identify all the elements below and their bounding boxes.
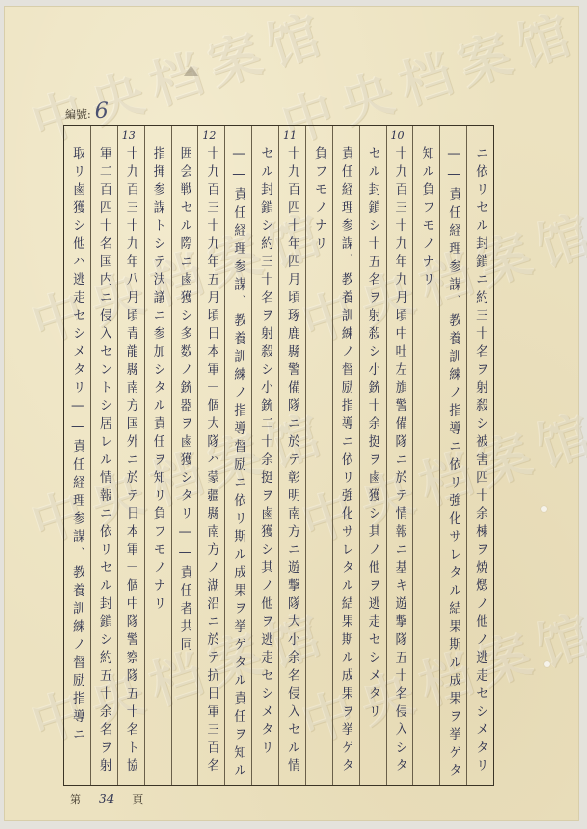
column-text: セル封鎖シ十五名ヲ射殺シ小銃十余挺ヲ鹵獲シ其ノ他ヲ逃走セシメタリ xyxy=(366,146,380,776)
manuscript-column: ——責任経理参謀、教養訓練ノ指導督励ニ依リ斯ル成果ヲ挙ゲタル責任ヲ知ル負フモノナ… xyxy=(224,126,251,785)
binding-hole-top xyxy=(541,506,547,512)
column-text: 指揮参謀トシテ決議ニ参加シタル責任ヲ知リ負フモノナリ xyxy=(151,146,165,776)
manuscript-column: ——責任経理参謀、教養訓練ノ指導ニ依リ強化サレタル結果斯ル成果ヲ挙ゲタル責任ヲ xyxy=(439,126,466,785)
manuscript-column: 指揮参謀トシテ決議ニ参加シタル責任ヲ知リ負フモノナリ xyxy=(144,126,171,785)
page-prefix: 第 xyxy=(70,791,81,807)
column-text: ニ依リセル封鎖ニ約三十名ヲ射殺シ被害四十余棟ヲ焼燬ノ他ノ逃走セシメタリ xyxy=(473,146,487,776)
entry-number: 11 xyxy=(283,129,297,142)
column-text: 囲会戦セル際ニ鹵獲シ多数ノ銃器ヲ鹵獲シタリ——責任者共同 xyxy=(178,146,192,776)
page-footer: 第 34 頁 xyxy=(70,791,143,807)
entry-number: 12 xyxy=(202,129,216,142)
column-text: ——責任経理参謀、教養訓練ノ指導督励ニ依リ斯ル成果ヲ挙ゲタル責任ヲ知ル負フモノナ… xyxy=(231,146,245,776)
entry-number: 10 xyxy=(391,129,405,142)
manuscript-column: 負フモノナリ xyxy=(305,126,332,785)
serial-value: 6 xyxy=(95,99,109,124)
serial-label: 編號: xyxy=(65,106,91,122)
entry-number: 13 xyxy=(122,129,136,142)
column-text: 知ル負フモノナリ xyxy=(420,146,434,776)
manuscript-grid: ニ依リセル封鎖ニ約三十名ヲ射殺シ被害四十余棟ヲ焼燬ノ他ノ逃走セシメタリ ——責任… xyxy=(63,125,494,786)
manuscript-column: セル封鎖シ約三十名ヲ射殺シ小銃二十余挺ヲ鹵獲シ其ノ他ヲ逃走セシメタリ xyxy=(251,126,278,785)
column-text: 負フモノナリ xyxy=(312,146,326,776)
binding-hole-bottom xyxy=(544,661,550,667)
column-text: 十九百四十年四月頃琢鹿縣警備隊ニ於テ彰明南方ニ遊撃隊大小余名侵入セル情報ニ依リ xyxy=(285,146,299,776)
manuscript-column: ニ依リセル封鎖ニ約三十名ヲ射殺シ被害四十余棟ヲ焼燬ノ他ノ逃走セシメタリ xyxy=(466,126,493,785)
serial-number: 編號: 6 xyxy=(65,99,109,124)
column-text: 十九百三十九年五月頃日本軍一個大隊ハ蒙疆縣南方ノ湖沿ニ於テ抗日軍三百名ヲ封鎖シ包 xyxy=(205,146,219,776)
page-number: 34 xyxy=(99,792,114,806)
manuscript-column: 13十九百三十九年八月頃青龍縣南方国外ニ於テ日本軍一個中隊警察隊五十名ト協力シ抗… xyxy=(117,126,144,785)
column-text: セル封鎖シ約三十名ヲ射殺シ小銃二十余挺ヲ鹵獲シ其ノ他ヲ逃走セシメタリ xyxy=(258,146,272,776)
manuscript-column: 知ル負フモノナリ xyxy=(412,126,439,785)
manuscript-column: 囲会戦セル際ニ鹵獲シ多数ノ銃器ヲ鹵獲シタリ——責任者共同 xyxy=(171,126,198,785)
column-text: 十九百三十九年八月頃青龍縣南方国外ニ於テ日本軍一個中隊警察隊五十名ト協力シ抗日 xyxy=(124,146,138,776)
manuscript-column: 11十九百四十年四月頃琢鹿縣警備隊ニ於テ彰明南方ニ遊撃隊大小余名侵入セル情報ニ依… xyxy=(278,126,305,785)
manuscript-column: セル封鎖シ十五名ヲ射殺シ小銃十余挺ヲ鹵獲シ其ノ他ヲ逃走セシメタリ xyxy=(359,126,386,785)
manuscript-column: 軍二百四十名国内ニ侵入セントシ居レル情報ニ依リセル封鎖シ約五十余名ヲ射殺シ鉄器ヲ xyxy=(90,126,117,785)
page-suffix: 頁 xyxy=(132,791,143,807)
manuscript-column: 責任経理参謀、教養訓練ノ督励指導ニ依リ強化サレタル結果斯ル成果ヲ挙ゲタル責任ヲ知… xyxy=(332,126,359,785)
column-text: 十九百三十九年九月頃中吐左旗警備隊ニ於テ情報ニ基キ遊撃隊五十名侵入シタル情報ニ依… xyxy=(393,146,407,776)
column-text: ——責任経理参謀、教養訓練ノ指導ニ依リ強化サレタル結果斯ル成果ヲ挙ゲタル責任ヲ xyxy=(446,146,460,776)
manuscript-column: 10十九百三十九年九月頃中吐左旗警備隊ニ於テ情報ニ基キ遊撃隊五十名侵入シタル情報… xyxy=(386,126,413,785)
manuscript-column: 取リ鹵獲シ他ハ逃走セシメタリ——責任経理参謀、教養訓練ノ督励指導ニ xyxy=(64,126,90,785)
manuscript-column: 12十九百三十九年五月頃日本軍一個大隊ハ蒙疆縣南方ノ湖沿ニ於テ抗日軍三百名ヲ封鎖… xyxy=(197,126,224,785)
column-text: 取リ鹵獲シ他ハ逃走セシメタリ——責任経理参謀、教養訓練ノ督励指導ニ xyxy=(70,146,84,776)
column-text: 軍二百四十名国内ニ侵入セントシ居レル情報ニ依リセル封鎖シ約五十余名ヲ射殺シ鉄器ヲ xyxy=(97,146,111,776)
triangle-mark xyxy=(184,66,198,76)
column-text: 責任経理参謀、教養訓練ノ督励指導ニ依リ強化サレタル結果斯ル成果ヲ挙ゲタル責任ヲ知… xyxy=(339,146,353,776)
